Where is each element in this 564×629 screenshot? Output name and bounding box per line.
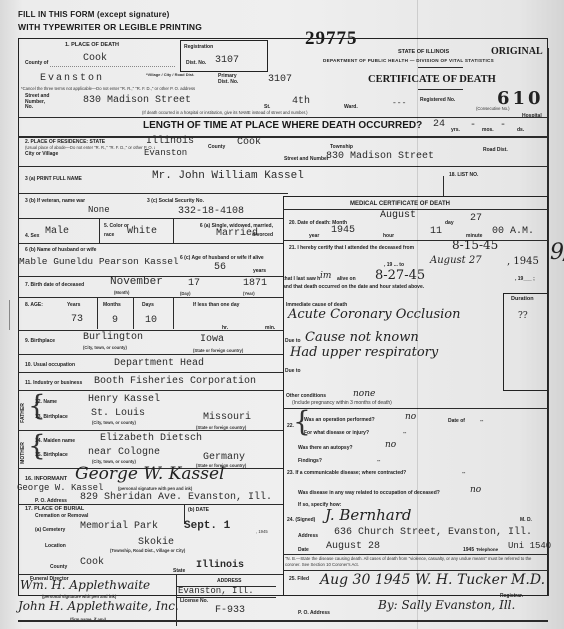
father-birthplace-city: St. Louis xyxy=(91,408,145,419)
informant-label: 16. INFORMANT xyxy=(25,476,67,482)
yrs-label: yrs. xyxy=(451,127,460,133)
alive-on-label: alive on xyxy=(337,276,356,282)
mother-birthplace-country: Germany xyxy=(203,452,245,463)
marital-value: Married xyxy=(216,228,258,239)
autopsy-value: no xyxy=(385,440,396,450)
due-to-1-line2: Had upper respiratory xyxy=(290,345,438,360)
instruction-line-2: WITH TYPEWRITER OR LEGIBLE PRINTING xyxy=(18,22,202,32)
location-label: Location xyxy=(45,543,66,549)
hospital-note: (If death occurred in a hospital or inst… xyxy=(142,110,308,115)
nineteen-label: , 19___ ; xyxy=(515,276,535,282)
length-of-time-label: LENGTH OF TIME AT PLACE WHERE DEATH OCCU… xyxy=(143,120,422,131)
director-address: Evanston, Ill. xyxy=(178,586,254,596)
full-name-label: 3 (a) PRINT FULL NAME xyxy=(25,176,82,182)
death-certificate: FILL IN THIS FORM (except signature) WIT… xyxy=(0,0,564,629)
occupation-related-value: no xyxy=(470,485,481,495)
filed-date: Aug 30 1945 xyxy=(320,572,410,588)
ward-label: Ward. xyxy=(344,104,358,110)
veteran-war: None xyxy=(88,205,110,215)
attend-to: August 27 xyxy=(430,255,482,266)
day-note: (Day) xyxy=(180,291,190,296)
age-days: 10 xyxy=(145,315,157,326)
death-day-label: day xyxy=(445,220,454,226)
margin-mark: 9/ xyxy=(550,240,564,265)
year-note: (Year) xyxy=(243,291,255,296)
last-saw-label: that I last saw h xyxy=(283,276,320,282)
cemetery-label: (a) Cemetery xyxy=(35,527,65,533)
disease-injury-value: -- xyxy=(403,430,406,436)
primary-dist-no: 3107 xyxy=(268,74,292,85)
date-signed-year: 1945 xyxy=(463,547,474,553)
date-of-label: Date of xyxy=(448,418,465,424)
place-of-death-label: 1. PLACE OF DEATH xyxy=(65,42,119,48)
dist-no-label: Dist. No. xyxy=(186,60,206,66)
residence-state: Illinois xyxy=(146,136,194,147)
mother-name: Elizabeth Dietsch xyxy=(100,433,202,444)
usual-place-note: (Usual place of abode—Do not enter "R. R… xyxy=(25,145,155,150)
attend-from: 8-15-45 xyxy=(452,238,498,252)
filed-number-label: 25. Filed xyxy=(289,576,309,582)
occupation-value: Department Head xyxy=(114,358,204,369)
md-label: M. D. xyxy=(520,517,532,523)
telephone-value: Uni 1540 xyxy=(508,541,551,551)
deceased-name: Mr. John William Kassel xyxy=(152,170,304,182)
medical-title: MEDICAL CERTIFICATE OF DEATH xyxy=(350,201,450,207)
instruction-line-1: FILL IN THIS FORM (except signature) xyxy=(18,10,170,19)
telephone-label: Telephone xyxy=(476,547,498,552)
birth-day: 17 xyxy=(188,278,200,289)
age-years: 73 xyxy=(71,314,83,325)
length-years: 24 xyxy=(433,119,445,130)
age-label: 8. AGE: xyxy=(25,302,43,308)
ds-label: ds. xyxy=(517,127,524,133)
sex-value: Male xyxy=(45,226,69,237)
license-value: F-933 xyxy=(215,605,245,616)
disease-injury-label: For what disease or injury? xyxy=(304,430,369,436)
cancel-note: *Cancel the three terms not applicable—D… xyxy=(21,86,195,91)
ward-extra: --- xyxy=(392,99,406,108)
physician-address-label: Address xyxy=(298,533,318,539)
city-options: *Village / City / Road Dist. xyxy=(146,73,206,78)
burial-date-label: (b) DATE xyxy=(188,507,209,513)
age-months-label: Months xyxy=(103,302,121,308)
industry-label: 11. Industry or business xyxy=(25,380,82,386)
po-address: By: Sally Evanston, Ill. xyxy=(378,598,515,612)
signed-label: 24. (Signed) xyxy=(287,517,315,523)
residence-city: Evanston xyxy=(144,148,187,158)
age-months: 9 xyxy=(112,315,118,326)
spouse-age-label: 6 (c) Age of husband or wife if alive xyxy=(180,254,280,263)
informant-signature: George W. Kassel xyxy=(75,464,224,484)
physician-address: 636 Church Street, Evanston, Ill. xyxy=(334,527,532,538)
month-note: (Month) xyxy=(114,290,129,295)
death-year: 1945 xyxy=(331,225,355,236)
road-dist-label: Road Dist. xyxy=(483,147,508,153)
findings-value: -- xyxy=(377,458,380,464)
burial-date-year: , 1945 xyxy=(256,529,268,534)
occupation-label: 10. Usual occupation xyxy=(25,362,75,368)
primary-dist-label: Primary Dist. No. xyxy=(218,74,248,85)
father-name-label: 12. Name xyxy=(35,399,57,405)
father-name: Henry Kassel xyxy=(88,394,160,405)
years-label: years xyxy=(253,268,266,274)
location-note: (Township, Road Dist., Village or City) xyxy=(110,548,185,553)
death-month: August xyxy=(380,210,416,221)
q23-label: 23. If a communicable disease; where con… xyxy=(287,470,406,476)
father-tag: FATHER xyxy=(20,403,26,423)
age-days-label: Days xyxy=(142,302,154,308)
death-city: Evanston xyxy=(40,73,104,84)
duration-value: ?? xyxy=(518,311,528,321)
mother-birthplace-city: near Cologne xyxy=(88,447,160,458)
burial-county-label: County xyxy=(50,564,67,570)
director-address-label: ADDRESS xyxy=(217,578,241,584)
ssn-value: 332-18-4108 xyxy=(178,206,244,217)
birth-year: 1871 xyxy=(243,278,267,289)
mother-name-label: 14. Maiden name xyxy=(35,438,75,444)
occupation-related-label: Was disease in any way related to occupa… xyxy=(298,490,440,496)
occurred-label: and that death occurred on the date and … xyxy=(283,284,424,290)
length-months: - xyxy=(470,120,476,131)
spouse-age: 56 xyxy=(214,262,226,273)
operation-value: no xyxy=(405,412,416,422)
date-signed: August 28 xyxy=(326,541,380,552)
burial-state: Illinois xyxy=(196,560,244,571)
attend-to-year: , 1945 xyxy=(507,256,539,267)
po-address-label: P. O. Address xyxy=(298,610,330,616)
burial-date: Sept. 1 xyxy=(184,520,230,532)
birth-label: 7. Birth date of deceased xyxy=(25,282,84,288)
burial-sub-label: Cremation or Removal xyxy=(35,513,88,519)
due-to-label-2: Due to xyxy=(285,368,301,374)
death-minute: 00 A.M. xyxy=(492,226,534,237)
death-hour: 11 xyxy=(430,226,442,237)
registrar-signature: W. H. Tucker M.D. xyxy=(415,572,545,588)
last-saw-pronoun: im xyxy=(320,271,331,281)
nb-note: "N. B.—State the disease causing death. … xyxy=(285,556,547,568)
city-village-label: City or Village xyxy=(25,151,58,157)
firm-signature: John H. Applethwaite, Inc. xyxy=(18,599,179,613)
state-country-note: (State or foreign country) xyxy=(193,348,243,353)
death-county: Cook xyxy=(83,53,107,64)
death-day: 27 xyxy=(470,213,482,224)
funeral-director-signature: Wm. H. Applethwaite xyxy=(20,578,150,592)
spouse-name: Mable Guneldu Pearson Kassel xyxy=(19,256,179,267)
cemetery-value: Memorial Park xyxy=(80,521,158,532)
duration-label: Duration xyxy=(511,296,534,302)
location-value: Skokie xyxy=(138,537,174,548)
burial-label: 17. PLACE OF BURIAL xyxy=(25,506,84,512)
less-than-day-label: If less than one day xyxy=(193,302,239,308)
father-birthplace-state: Missouri xyxy=(203,412,251,423)
due-to-1-line1: Cause not known xyxy=(305,330,419,345)
father-city-note: (City, town, or county) xyxy=(92,420,136,425)
veteran-label: 3 (b) If veteran, name war xyxy=(25,198,85,204)
color-value: White xyxy=(127,226,157,237)
death-ward: 4th xyxy=(292,96,310,107)
communicable-value: -- xyxy=(462,470,465,476)
county-of-label: County of xyxy=(25,60,48,66)
mother-birthplace-label: 15. Birthplace xyxy=(35,452,68,458)
age-years-label: Years xyxy=(67,302,80,308)
mos-label: mos. xyxy=(482,127,494,133)
birthplace-label: 9. Birthplace xyxy=(25,338,55,344)
other-conditions-value: none xyxy=(353,389,375,399)
immediate-cause: Acute Coronary Occlusion xyxy=(288,307,461,322)
physician-signature: J. Bernhard xyxy=(325,506,412,524)
registration-label: Registration xyxy=(184,44,213,50)
autopsy-label: Was there an autopsy? xyxy=(298,445,353,451)
mother-tag: MOTHER xyxy=(20,442,26,464)
license-label: License No. xyxy=(180,598,208,604)
father-birthplace-label: 13. Birthplace xyxy=(35,414,68,420)
date-signed-label: Date xyxy=(298,547,309,553)
birthplace-state: Iowa xyxy=(200,334,224,345)
residence-county-label: County xyxy=(208,144,225,150)
death-hour-label: hour xyxy=(383,233,394,239)
findings-label: Findings? xyxy=(298,458,322,464)
birthplace-city: Burlington xyxy=(83,332,143,343)
township-label: Township xyxy=(330,144,353,150)
list-no-label: 18. LIST NO. xyxy=(449,172,478,178)
sex-label: 4. Sex xyxy=(25,233,39,239)
other-conditions-label: Other conditions xyxy=(286,393,326,399)
length-days: - xyxy=(500,120,506,131)
due-to-label-1: Due to xyxy=(285,338,301,344)
spouse-label: 6 (b) Name of husband or wife xyxy=(25,247,96,253)
signature-note: (personal signature with pen and ink) xyxy=(118,486,192,491)
residence-street-label: Street and Number xyxy=(284,156,329,162)
attend-label: 21. I hereby certify that I attended the… xyxy=(289,245,414,251)
dist-no: 3107 xyxy=(215,55,239,66)
street-label: Street and Number, No. xyxy=(25,94,53,111)
residence-county: Cook xyxy=(237,137,261,148)
informant-address: 829 Sheridan Ave. Evanston, Ill. xyxy=(80,492,272,503)
death-street: 830 Madison Street xyxy=(83,95,191,106)
birth-month: November xyxy=(110,276,163,288)
burial-county: Cook xyxy=(80,557,104,568)
duration-box xyxy=(503,293,548,391)
industry-value: Booth Fisheries Corporation xyxy=(94,376,256,387)
ssn-label: 3 (c) Social Security No. xyxy=(147,198,204,204)
city-town-note: (City, town, or county) xyxy=(83,345,127,350)
operation-label: Was an operation performed? xyxy=(304,417,375,423)
death-year-label: year xyxy=(309,233,319,239)
date-of-value: -- xyxy=(480,418,483,424)
